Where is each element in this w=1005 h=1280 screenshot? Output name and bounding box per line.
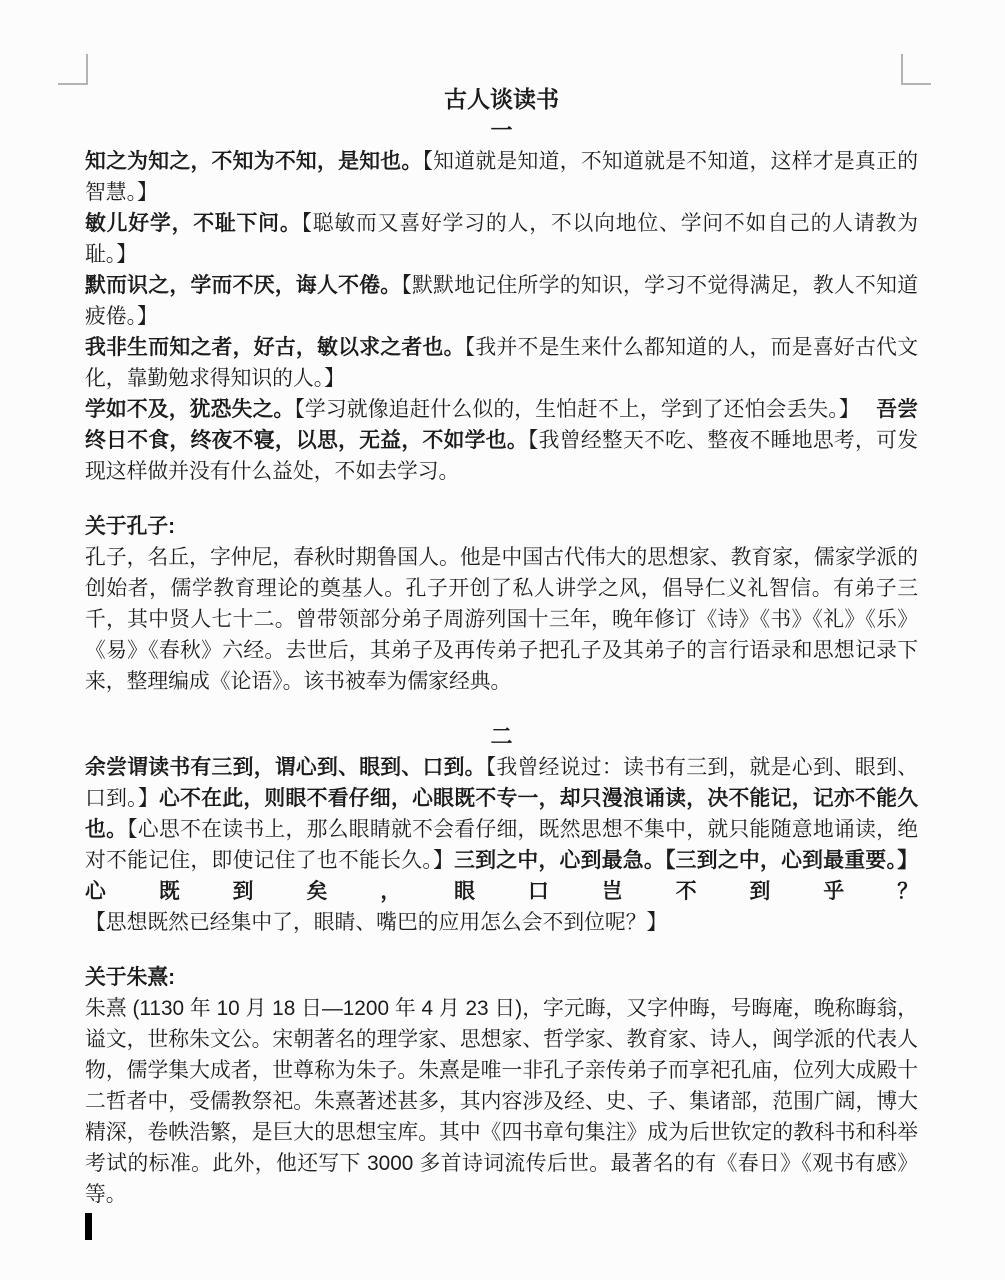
quote-paragraph-6: 余尝谓读书有三到，谓心到、眼到、口到。【我曾经说过：读书有三到，就是心到、眼到、… <box>85 752 918 938</box>
about-confucius-heading: 关于孔子: <box>85 511 918 542</box>
explanation-text-run: 孔子，名丘，字仲尼，春秋时期鲁国人。他是中国古代伟大的思想家、教育家，儒家学派的… <box>85 546 918 693</box>
document-title: 古人谈读书 <box>85 84 918 115</box>
quote-paragraph-2: 敏儿好学，不耻下问。【聪敏而又喜好学习的人，不以向地位、学问不如自己的人请教为耻… <box>85 208 918 270</box>
empty-line <box>85 697 918 721</box>
about-zhuxi-paragraph: 朱熹 (1130 年 10 月 18 日—1200 年 4 月 23 日)，字元… <box>85 993 918 1210</box>
document-text-area[interactable]: 古人谈读书一知之为知之，不知为不知，是知也。【知道就是知道，不知道就是不知道，这… <box>85 84 918 1241</box>
margin-mark-top-left-icon <box>58 54 88 85</box>
text-cursor <box>85 1213 92 1240</box>
explanation-text-run: 朱熹 (1130 年 10 月 18 日—1200 年 4 月 23 日)，字元… <box>85 997 918 1206</box>
about-confucius-paragraph: 孔子，名丘，字仲尼，春秋时期鲁国人。他是中国古代伟大的思想家、教育家，儒家学派的… <box>85 542 918 697</box>
empty-line <box>85 938 918 962</box>
classical-text-run: 三到之中，心到最急。【三到之中，心到最重要。】 <box>454 849 918 872</box>
quote-paragraph-1: 知之为知之，不知为不知，是知也。【知道就是知道，不知道就是不知道，这样才是真正的… <box>85 146 918 208</box>
classical-text-run: 关于朱熹: <box>85 966 175 989</box>
about-zhuxi-heading: 关于朱熹: <box>85 962 918 993</box>
classical-text-run: 敏儿好学，不耻下问。 <box>85 212 301 235</box>
quote-paragraph-4: 我非生而知之者，好古，敏以求之者也。【我并不是生来什么都知道的人，而是喜好古代文… <box>85 332 918 394</box>
classical-text-run: 默而识之，学而不厌，诲人不倦。 <box>85 274 401 297</box>
classical-text-run: 余尝谓读书有三到，谓心到、眼到、口到。 <box>85 756 486 779</box>
empty-line <box>85 487 918 511</box>
quote-paragraph-5: 学如不及，犹恐失之。【学习就像追赶什么似的，生怕赶不上，学到了还怕会丢失。】 吾… <box>85 394 918 487</box>
classical-text-run: 古人谈读书 <box>444 86 559 112</box>
caret-line <box>85 1210 918 1241</box>
classical-text-run: 学如不及，犹恐失之。 <box>85 398 294 421</box>
margin-mark-top-right-icon <box>901 54 931 85</box>
classical-text-run: 一 <box>490 118 512 143</box>
quote-paragraph-3: 默而识之，学而不厌，诲人不倦。【默默地记住所学的知识，学习不觉得满足，教人不知道… <box>85 270 918 332</box>
section-one-heading: 一 <box>85 115 918 146</box>
classical-text-run: 关于孔子: <box>85 515 175 538</box>
explanation-text-run: 【思想既然已经集中了，眼睛、嘴巴的应用怎么会不到位呢？】 <box>85 911 667 934</box>
classical-text-run: 知之为知之，不知为不知，是知也。 <box>85 150 422 173</box>
section-two-heading: 二 <box>85 721 918 752</box>
classical-text-run: 心既到矣，眼口岂不到乎？ <box>85 880 918 903</box>
explanation-text-run: 【学习就像追赶什么似的，生怕赶不上，学到了还怕会丢失。】 <box>294 398 849 421</box>
classical-text-run: 二 <box>490 724 512 749</box>
classical-text-run: 我非生而知之者，好古，敏以求之者也。 <box>85 336 465 359</box>
document-page: 古人谈读书一知之为知之，不知为不知，是知也。【知道就是知道，不知道就是不知道，这… <box>0 0 1005 1280</box>
